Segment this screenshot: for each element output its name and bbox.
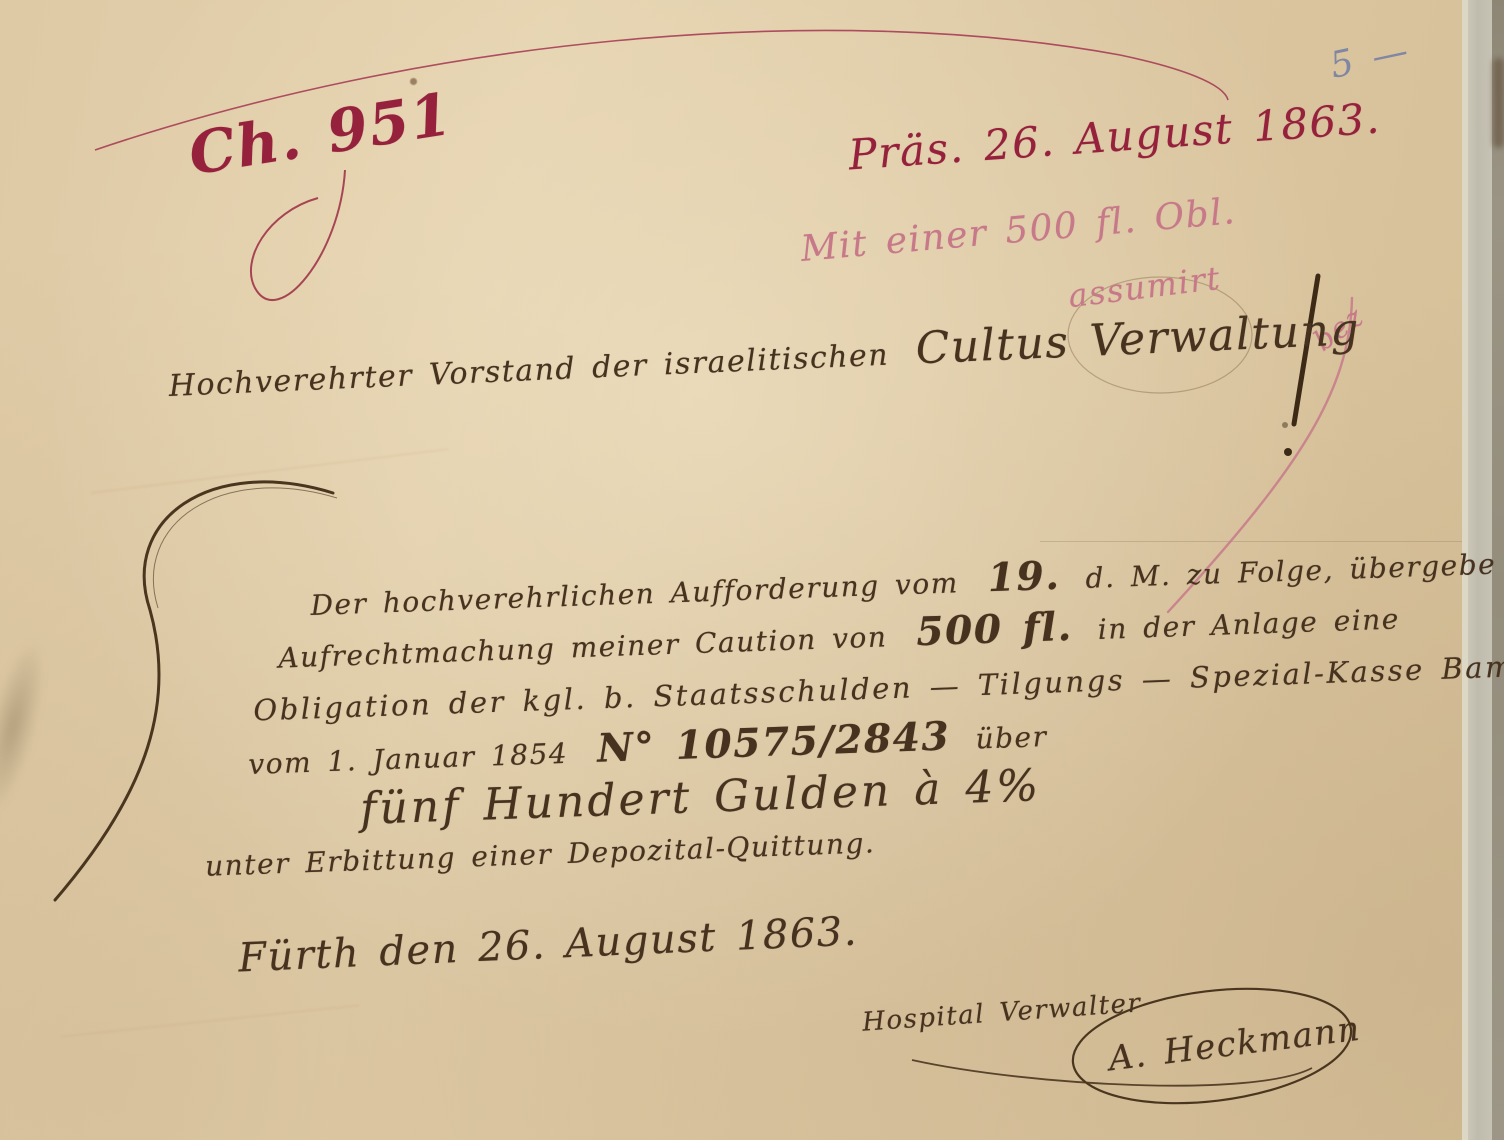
body-line-4a: vom 1. Januar 1854	[248, 737, 569, 781]
left-bracket-flourish	[55, 482, 333, 900]
scanned-letter: 5 — Ch. 951 Präs. 26. August 1863. Mit e…	[0, 0, 1504, 1140]
body-line-2c: in der Anlage eine	[1097, 602, 1400, 646]
body-line-1b: 19.	[987, 553, 1061, 602]
exclamation-dot	[1284, 448, 1292, 456]
caution-amount: 500 fl.	[915, 604, 1073, 655]
body-line-4c: über	[975, 720, 1048, 755]
red-loop-flourish	[251, 170, 345, 300]
